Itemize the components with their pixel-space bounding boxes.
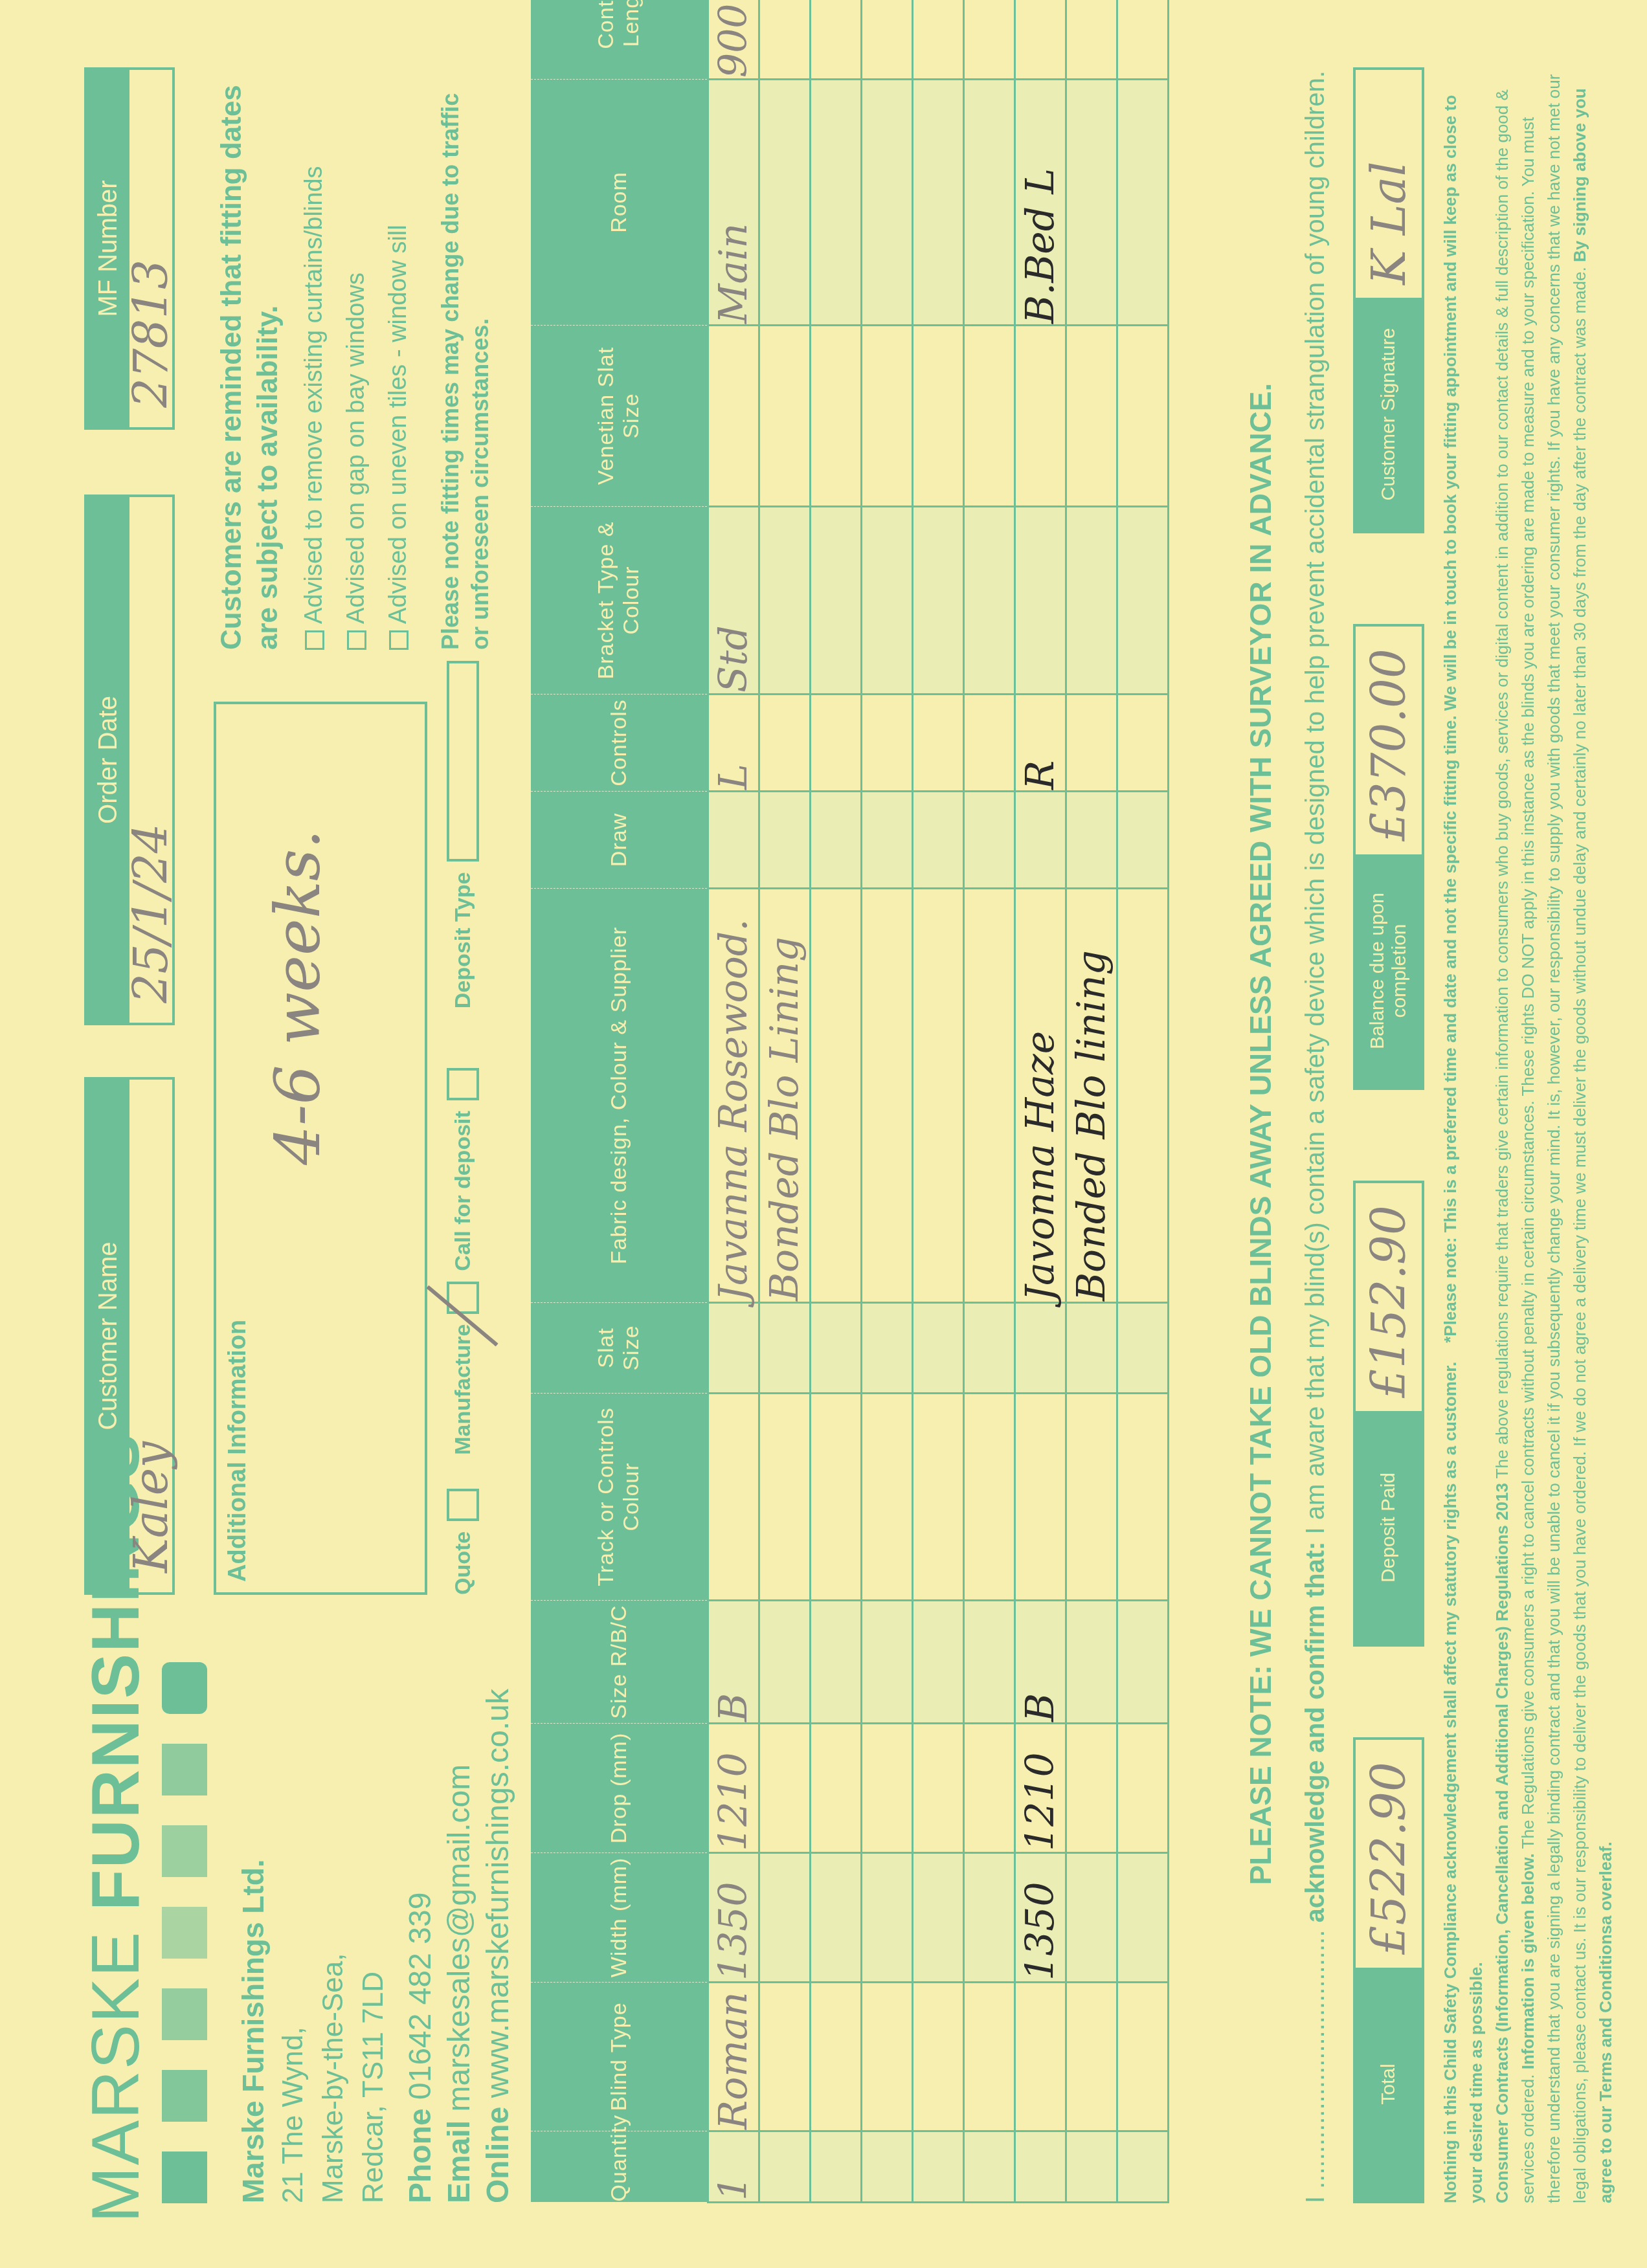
call-for-deposit-label: Call for deposit xyxy=(451,1111,476,1271)
table-cell[interactable] xyxy=(913,1853,964,1983)
deposit-paid-box[interactable]: Deposit Paid £152.90 xyxy=(1353,1181,1424,1647)
table-cell[interactable] xyxy=(811,695,862,792)
table-cell[interactable] xyxy=(1117,1394,1169,1601)
table-cell[interactable]: 1350 xyxy=(708,1853,759,1983)
order-form: MARSKE FURNISHINGS Marske Furnishings Lt… xyxy=(0,0,1647,2268)
table-cell[interactable] xyxy=(1066,1601,1117,1724)
table-cell[interactable]: B xyxy=(1015,1601,1066,1724)
cell-value: L xyxy=(711,696,756,790)
table-cell[interactable] xyxy=(759,1601,811,1724)
table-cell[interactable] xyxy=(811,507,862,695)
table-cell[interactable] xyxy=(1066,1724,1117,1853)
table-cell[interactable] xyxy=(708,1303,759,1394)
customer-name-value: Kaley xyxy=(129,1080,172,1592)
table-cell[interactable] xyxy=(1117,0,1169,80)
call-for-deposit-checkbox[interactable] xyxy=(447,1068,479,1100)
cell-value: Main xyxy=(711,81,756,324)
table-cell[interactable] xyxy=(1117,1724,1169,1853)
table-cell[interactable]: B xyxy=(708,1601,759,1724)
table-cell[interactable] xyxy=(913,695,964,792)
reminder-headline: Customers are reminded that fitting date… xyxy=(214,67,286,650)
table-cell[interactable] xyxy=(913,889,964,1303)
order-date-value: 25/1/24 xyxy=(129,497,172,1023)
table-cell[interactable] xyxy=(811,1394,862,1601)
additional-info-box[interactable]: Additional Information 4-6 weeks. xyxy=(214,702,427,1595)
table-cell[interactable] xyxy=(1066,695,1117,792)
customer-signature-label: Customer Signature xyxy=(1356,298,1422,531)
table-row: £62.90 xyxy=(862,0,913,2203)
swatch-icon xyxy=(162,1825,207,1877)
manufacture-label: Manufacture xyxy=(451,1324,476,1455)
table-cell[interactable] xyxy=(1066,1853,1117,1983)
company-contact: Phone 01642 482 339 Email marskesales@gm… xyxy=(401,1689,518,2203)
order-type-options: Quote Manufacture Call for deposit Depos… xyxy=(447,661,479,1595)
col-venetian-slat: Venetian Slat Size xyxy=(531,326,708,507)
table-cell[interactable] xyxy=(811,889,862,1303)
table-cell[interactable] xyxy=(1117,695,1169,792)
table-cell[interactable] xyxy=(759,792,811,889)
table-cell[interactable]: 1210 xyxy=(708,1724,759,1853)
table-cell[interactable] xyxy=(1066,1983,1117,2131)
customer-name-field[interactable]: Customer Name Kaley xyxy=(84,1077,175,1595)
table-cell[interactable] xyxy=(1015,1394,1066,1601)
phone: 01642 482 339 xyxy=(403,1893,438,2100)
table-cell[interactable] xyxy=(862,507,913,695)
phone-label: Phone xyxy=(403,2108,438,2203)
table-cell[interactable] xyxy=(708,326,759,507)
table-cell[interactable] xyxy=(913,1303,964,1394)
table-cell[interactable]: 1 xyxy=(708,2131,759,2203)
col-control-length: Control Length xyxy=(531,0,708,80)
table-cell[interactable] xyxy=(811,792,862,889)
regulations-title: Consumer Contracts (Information, Cancell… xyxy=(1492,1483,1512,2203)
advisory-checkbox[interactable] xyxy=(305,630,324,650)
col-width: Width (mm) xyxy=(531,1853,708,1983)
deposit-type-label: Deposit Type xyxy=(451,872,476,1008)
table-cell[interactable] xyxy=(964,2131,1015,2203)
cell-value: 1350 xyxy=(711,1854,756,1981)
swirl-swatch-icon xyxy=(162,1662,207,1714)
deposit-paid-label: Deposit Paid xyxy=(1356,1411,1422,1644)
col-room: Room xyxy=(531,80,708,326)
mf-number-value: 27813 xyxy=(129,70,172,427)
table-cell[interactable] xyxy=(1066,507,1117,695)
cell-value: 900 xyxy=(711,0,756,78)
table-cell[interactable] xyxy=(964,507,1015,695)
table-cell[interactable]: 900 xyxy=(708,0,759,80)
table-cell[interactable] xyxy=(1015,326,1066,507)
table-cell[interactable] xyxy=(811,1601,862,1724)
company-name: Marske Furnishings Ltd. xyxy=(233,1859,273,2203)
table-cell[interactable] xyxy=(759,1394,811,1601)
col-draw: Draw xyxy=(531,792,708,889)
order-date-field[interactable]: Order Date 25/1/24 xyxy=(84,495,175,1025)
table-cell[interactable] xyxy=(913,80,964,326)
table-cell[interactable] xyxy=(964,0,1015,80)
table-cell[interactable] xyxy=(1117,1853,1169,1983)
cell-value: B xyxy=(1018,1602,1063,1722)
cell-value: Bonded Blo Lining xyxy=(762,890,807,1301)
table-cell[interactable] xyxy=(708,1394,759,1601)
col-quantity: Quantity xyxy=(531,2131,708,2203)
table-cell[interactable] xyxy=(964,695,1015,792)
table-row xyxy=(1117,0,1169,2203)
table-cell[interactable] xyxy=(811,2131,862,2203)
table-cell[interactable] xyxy=(964,80,1015,326)
customer-signature-value: K Lal xyxy=(1356,70,1422,298)
swatch-icon xyxy=(162,2151,207,2203)
cell-value: Bonded Blo lining xyxy=(1069,890,1114,1301)
table-row: Bonded Blo lining xyxy=(1066,0,1117,2203)
table-cell[interactable] xyxy=(913,326,964,507)
table-cell[interactable]: B.Bed L xyxy=(1015,80,1066,326)
swatch-icon xyxy=(162,1744,207,1795)
table-cell[interactable] xyxy=(913,2131,964,2203)
additional-info-value: 4-6 weeks. xyxy=(262,829,334,1165)
cell-value: B.Bed L xyxy=(1018,81,1063,324)
table-cell[interactable]: Javanna Rosewood. xyxy=(708,889,759,1303)
statutory-rights-text: Nothing in this Child Safety Compliance … xyxy=(1440,1362,1460,2203)
col-blind-type: Blind Type xyxy=(531,1983,708,2131)
table-cell[interactable]: 1350 xyxy=(1015,1853,1066,1983)
advisory-1: Advised to remove existing curtains/blin… xyxy=(300,166,328,624)
fitting-reminder: Customers are reminded that fitting date… xyxy=(214,67,495,650)
table-cell[interactable] xyxy=(913,0,964,80)
table-row xyxy=(913,0,964,2203)
advisory-3: Advised on uneven tiles - window sill xyxy=(385,225,412,624)
col-controls: Controls xyxy=(531,695,708,792)
cell-value: Javanna Rosewood. xyxy=(711,890,756,1301)
balance-due-box[interactable]: Balance due upon completion £370.00 xyxy=(1353,624,1424,1090)
table-cell[interactable] xyxy=(1015,507,1066,695)
table-cell[interactable] xyxy=(964,326,1015,507)
table-cell[interactable]: Roman xyxy=(708,1983,759,2131)
total-label: Total xyxy=(1356,1968,1422,2201)
table-cell[interactable]: Bonded Blo Lining xyxy=(759,889,811,1303)
table-cell[interactable] xyxy=(862,695,913,792)
cell-value: Std xyxy=(711,508,756,693)
brand-light: MARSKE xyxy=(78,1931,153,2223)
total-value: £522.90 xyxy=(1356,1740,1422,1968)
address-line-3: Redcar, TS11 7LD xyxy=(353,1859,394,2203)
table-cell[interactable] xyxy=(964,1394,1015,1601)
table-cell[interactable] xyxy=(759,507,811,695)
address-line-1: 21 The Wynd, xyxy=(273,1859,313,2203)
table-cell[interactable] xyxy=(862,889,913,1303)
table-cell[interactable]: Main xyxy=(708,80,759,326)
email-label: Email xyxy=(442,2120,476,2203)
cell-value: 1210 xyxy=(1018,1725,1063,1851)
table-row: £522.90 xyxy=(964,0,1015,2203)
table-row: Bonded Blo Lining xyxy=(759,0,811,2203)
table-cell[interactable] xyxy=(811,1724,862,1853)
table-cell[interactable]: L xyxy=(708,695,759,792)
table-cell[interactable] xyxy=(1066,326,1117,507)
total-box[interactable]: Total £522.90 xyxy=(1353,1737,1424,2203)
balance-due-label: Balance due upon completion xyxy=(1356,854,1422,1087)
table-cell[interactable] xyxy=(964,1724,1015,1853)
table-cell[interactable] xyxy=(913,1724,964,1853)
ack-name-blank[interactable]: I .................................... xyxy=(1301,1930,1330,2203)
manufacture-checkbox[interactable] xyxy=(447,1282,479,1314)
table-cell[interactable] xyxy=(1066,792,1117,889)
reminder-note: Please note fitting times may change due… xyxy=(436,67,495,650)
col-bracket: Bracket Type & Colour xyxy=(531,507,708,695)
table-cell[interactable] xyxy=(759,1853,811,1983)
table-cell[interactable] xyxy=(862,0,913,80)
table-cell[interactable] xyxy=(1117,80,1169,326)
table-cell[interactable] xyxy=(964,1601,1015,1724)
table-cell[interactable]: 1210 xyxy=(1015,1724,1066,1853)
table-cell[interactable] xyxy=(862,792,913,889)
table-cell[interactable] xyxy=(964,889,1015,1303)
table-cell[interactable] xyxy=(862,80,913,326)
ack-text: I am aware that my blind(s) contain a sa… xyxy=(1301,71,1330,1534)
table-cell[interactable] xyxy=(811,80,862,326)
col-fabric: Fabric design, Colour & Supplier xyxy=(531,889,708,1303)
table-cell[interactable] xyxy=(811,1853,862,1983)
table-cell[interactable] xyxy=(1117,1983,1169,2131)
table-cell[interactable] xyxy=(964,1303,1015,1394)
cell-value: Javonna Haze xyxy=(1018,890,1063,1301)
info-bold: Information is given below. xyxy=(1518,1853,1538,2069)
cell-value: B xyxy=(711,1602,756,1722)
cell-value: 1210 xyxy=(711,1725,756,1851)
swatch-icon xyxy=(162,1988,207,2040)
table-cell[interactable] xyxy=(1015,1983,1066,2131)
table-cell[interactable] xyxy=(759,0,811,80)
table-cell[interactable] xyxy=(1117,1303,1169,1394)
deposit-type-field[interactable] xyxy=(447,661,479,862)
table-cell[interactable] xyxy=(1066,80,1117,326)
table-cell[interactable]: Bonded Blo lining xyxy=(1066,889,1117,1303)
advisory-2: Advised on gap on bay windows xyxy=(342,272,370,624)
table-cell[interactable] xyxy=(1117,507,1169,695)
table-cell[interactable] xyxy=(913,792,964,889)
table-cell[interactable] xyxy=(964,1983,1015,2131)
table-cell[interactable] xyxy=(759,1303,811,1394)
table-cell[interactable] xyxy=(1117,2131,1169,2203)
mf-number-field[interactable]: MF Number 27813 xyxy=(84,67,175,430)
table-cell[interactable]: Javonna Haze xyxy=(1015,889,1066,1303)
advisory-checkbox[interactable] xyxy=(389,630,409,650)
table-cell[interactable] xyxy=(811,1303,862,1394)
address-line-2: Marske-by-the-Sea, xyxy=(313,1859,353,2203)
table-cell[interactable] xyxy=(1015,2131,1066,2203)
ack-bold: acknowledge and confirm that: xyxy=(1301,1542,1330,1923)
table-cell[interactable] xyxy=(708,792,759,889)
table-cell[interactable] xyxy=(862,1983,913,2131)
table-cell[interactable] xyxy=(862,1394,913,1601)
additional-info-label: Additional Information xyxy=(224,1320,252,1582)
email: marskesales@gmail.com xyxy=(442,1764,476,2112)
order-lines-table: Quantity Blind Type Width (mm) Drop (mm)… xyxy=(531,0,1169,2203)
table-cell[interactable] xyxy=(759,1983,811,2131)
table-cell[interactable] xyxy=(1066,2131,1117,2203)
col-track-colour: Track or Controls Colour xyxy=(531,1394,708,1601)
swatch-icon xyxy=(162,2070,207,2122)
table-cell[interactable] xyxy=(759,1724,811,1853)
table-cell[interactable] xyxy=(913,1601,964,1724)
table-row: 13501210BJavonna HazeRB.Bed L xyxy=(1015,0,1066,2203)
swatch-icon xyxy=(162,1907,207,1959)
table-cell[interactable] xyxy=(1117,326,1169,507)
table-cell[interactable] xyxy=(913,1983,964,2131)
cell-value: 1350 xyxy=(1018,1854,1063,1981)
table-cell[interactable] xyxy=(811,1983,862,2131)
quote-checkbox[interactable] xyxy=(447,1489,479,1521)
table-cell[interactable]: R xyxy=(1015,695,1066,792)
fabric-swatch-icons xyxy=(162,1662,207,2203)
table-row: 1Roman13501210BJavanna Rosewood.LStdMain… xyxy=(708,0,759,2203)
col-slat-size: Slat Size xyxy=(531,1303,708,1394)
col-drop: Drop (mm) xyxy=(531,1724,708,1853)
table-cell[interactable] xyxy=(913,507,964,695)
table-cell[interactable] xyxy=(862,1303,913,1394)
col-size-rbc: Size R/B/C xyxy=(531,1601,708,1724)
table-row xyxy=(811,0,862,2203)
table-cell[interactable] xyxy=(1117,792,1169,889)
cell-value: 1 xyxy=(711,2133,756,2201)
table-cell[interactable] xyxy=(1015,792,1066,889)
table-cell[interactable] xyxy=(1015,1303,1066,1394)
old-blinds-notice: PLEASE NOTE: WE CANNOT TAKE OLD BLINDS A… xyxy=(1243,0,1278,2268)
table-header-row: Quantity Blind Type Width (mm) Drop (mm)… xyxy=(531,0,708,2203)
table-cell[interactable] xyxy=(1117,889,1169,1303)
table-cell[interactable] xyxy=(1066,0,1117,80)
table-cell[interactable] xyxy=(964,1853,1015,1983)
table-cell[interactable] xyxy=(1066,1303,1117,1394)
table-cell[interactable] xyxy=(862,326,913,507)
table-cell[interactable] xyxy=(1015,0,1066,80)
table-cell[interactable] xyxy=(862,1724,913,1853)
table-cell[interactable] xyxy=(759,2131,811,2203)
table-cell[interactable] xyxy=(811,326,862,507)
cell-value: Roman xyxy=(711,1984,756,2129)
table-cell[interactable] xyxy=(913,1394,964,1601)
customer-signature-box[interactable]: Customer Signature K Lal xyxy=(1353,67,1424,533)
table-cell[interactable] xyxy=(759,326,811,507)
table-cell[interactable] xyxy=(1117,1601,1169,1724)
table-cell[interactable] xyxy=(811,0,862,80)
table-cell[interactable] xyxy=(759,695,811,792)
terms-fine-print: Nothing in this Child Safety Compliance … xyxy=(1437,67,1619,2203)
table-cell[interactable] xyxy=(862,1853,913,1983)
table-cell[interactable] xyxy=(759,80,811,326)
safety-acknowledgement: I .................................... a… xyxy=(1301,71,1330,2203)
company-address: Marske Furnishings Ltd. 21 The Wynd, Mar… xyxy=(233,1859,394,2203)
table-cell[interactable] xyxy=(964,792,1015,889)
online-label: Online xyxy=(481,2107,515,2203)
quote-label: Quote xyxy=(451,1531,476,1595)
table-cell[interactable] xyxy=(862,1601,913,1724)
advisory-checkbox[interactable] xyxy=(347,630,366,650)
balance-due-value: £370.00 xyxy=(1356,627,1422,854)
cell-value: R xyxy=(1018,696,1063,790)
website: www.marskefurnishings.co.uk xyxy=(481,1689,515,2098)
table-cell[interactable] xyxy=(1066,1394,1117,1601)
deposit-paid-value: £152.90 xyxy=(1356,1183,1422,1411)
table-cell[interactable]: Std xyxy=(708,507,759,695)
table-cell[interactable] xyxy=(862,2131,913,2203)
